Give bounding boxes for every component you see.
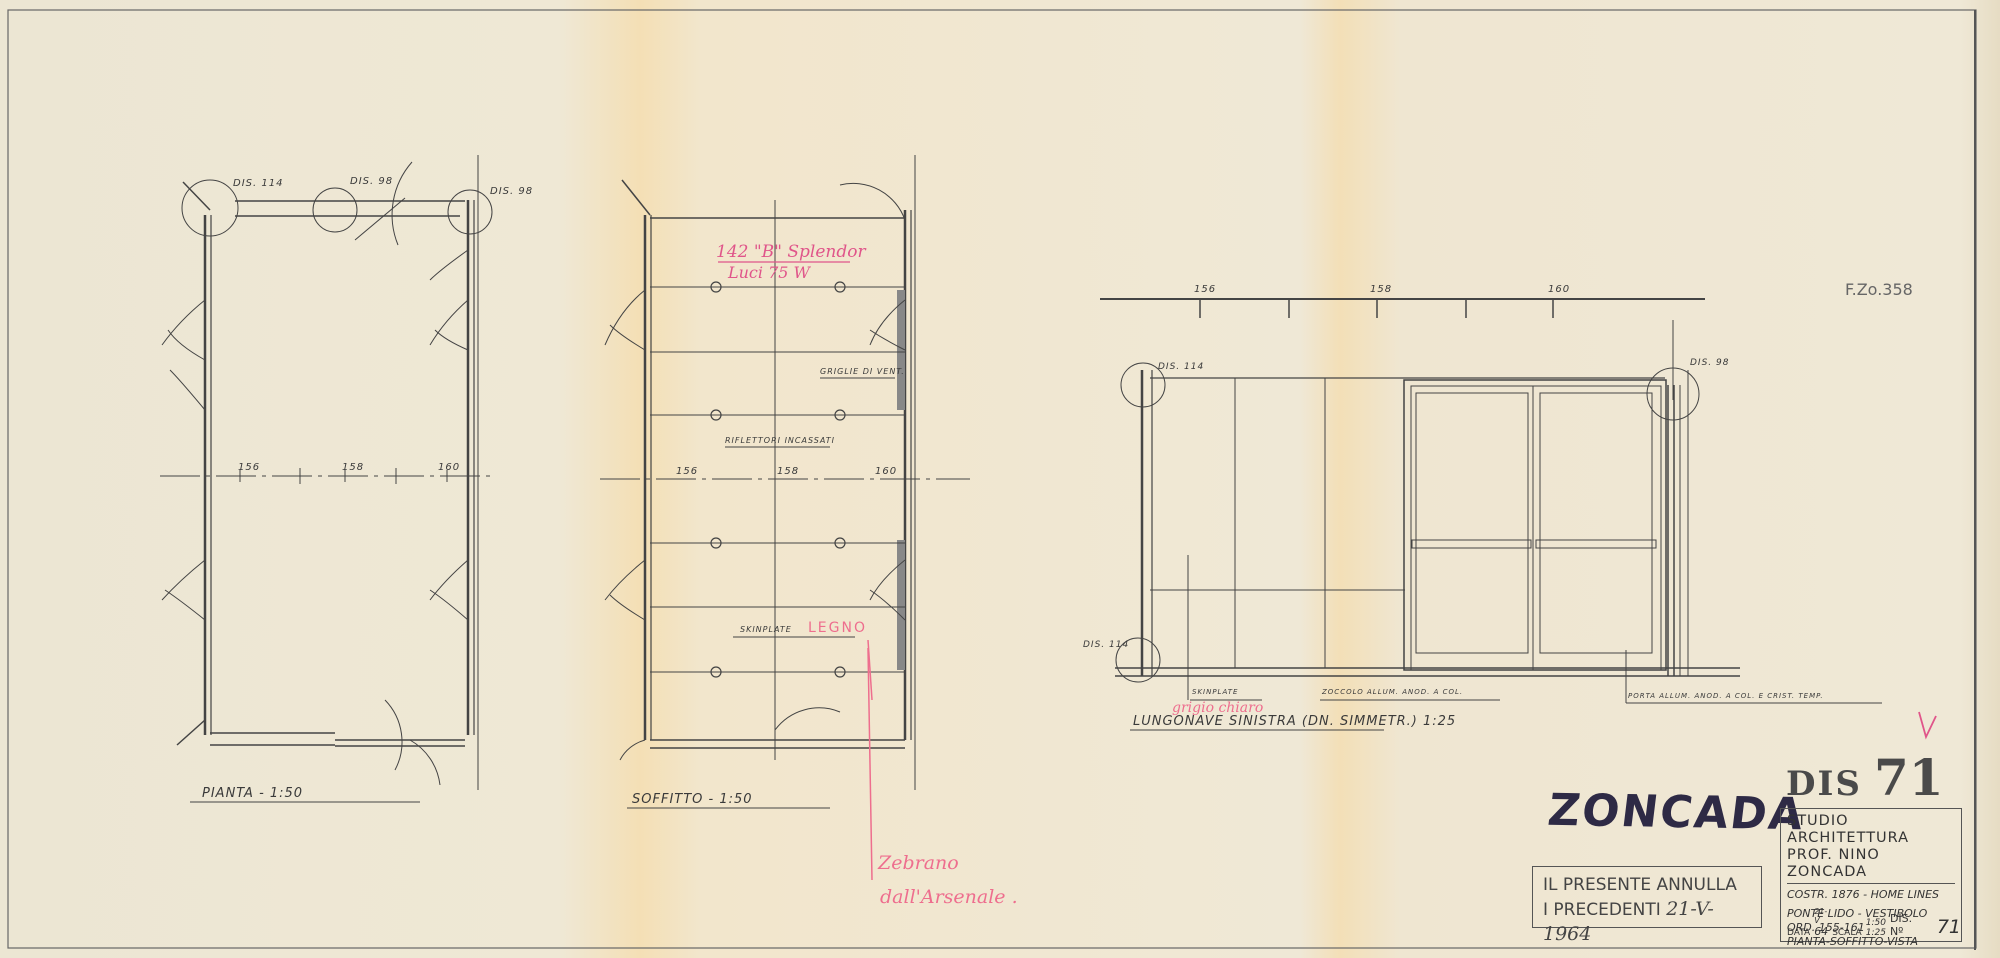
tb-studio-line2: PROF. NINO ZONCADA (1787, 847, 1955, 881)
elev-label-skinplate: SKINPLATE (1192, 688, 1238, 696)
tb-studio-line1: STUDIO ARCHITETTURA (1787, 813, 1955, 847)
dis-prefix: DIS (1786, 764, 1862, 804)
archive-reference: F.Zo.358 (1845, 280, 1913, 299)
plan-grid-156: 156 (238, 462, 260, 473)
ceiling-note-lights-2: Luci 75 W (728, 263, 810, 282)
dis-number: 71 (1874, 748, 1944, 807)
elev-callout-bottom-left: DIS. 114 (1083, 640, 1129, 650)
elev-label-door: PORTA ALLUM. ANOD. A COL. E CRIST. TEMP. (1628, 692, 1824, 700)
elev-grid-158: 158 (1370, 284, 1392, 295)
plan-callout-dis98-right: DIS. 98 (490, 186, 533, 197)
tb-data-top: 21-V (1814, 907, 1828, 925)
elev-callout-top-right: DIS. 98 (1690, 358, 1729, 368)
ceiling-title: SOFFITTO - 1:50 (632, 792, 753, 807)
ceiling-grid-158: 158 (777, 466, 799, 477)
elev-label-plinth: ZOCCOLO ALLUM. ANOD. A COL. (1322, 688, 1463, 696)
ceiling-label-reflectors: RIFLETTORI INCASSATI (725, 436, 835, 445)
plan-callout-dis114: DIS. 114 (233, 178, 283, 189)
elev-callout-top-left: DIS. 114 (1158, 362, 1204, 372)
title-block: STUDIO ARCHITETTURA PROF. NINO ZONCADA C… (1780, 808, 1962, 942)
annulla-line2: I PRECEDENTI (1543, 900, 1661, 920)
plan-title: PIANTA - 1:50 (202, 786, 303, 801)
tb-data-label: DATA (1787, 928, 1810, 938)
annulla-stamp: IL PRESENTE ANNULLA I PRECEDENTI 21-V- 1… (1532, 866, 1762, 928)
brand-stamp: ZONCADA (1545, 785, 1808, 840)
elev-grid-160: 160 (1548, 284, 1570, 295)
drawing-sheet: DIS. 114 DIS. 98 DIS. 98 156 158 160 PIA… (0, 0, 2000, 958)
tb-scala-1: 1:50 (1866, 918, 1886, 928)
ceiling-note-wood: LEGNO (808, 620, 867, 636)
ceiling-grid-160: 160 (875, 466, 897, 477)
tb-scala-2: 1:25 (1866, 928, 1886, 938)
tb-dis-value: 71 (1937, 916, 1961, 938)
drawing-number-stamp: DIS71 (1786, 748, 1944, 807)
plan-grid-158: 158 (342, 462, 364, 473)
annulla-line1: IL PRESENTE ANNULLA (1543, 873, 1751, 897)
ceiling-label-skinplate: SKINPLATE (740, 625, 792, 634)
ceiling-note-zebrano-1: Zebrano (878, 852, 959, 874)
elevation-view (1100, 299, 1882, 730)
elevation-title: LUNGONAVE SINISTRA (DN. SIMMETR.) 1:25 (1133, 714, 1456, 729)
ceiling-note-zebrano-2: dall'Arsenale . (880, 886, 1018, 908)
tb-footer: DATA 21-V 64 SCALA 1:50 1:25 DIS. Nº 71 (1787, 907, 1961, 938)
tb-data-value: 64 (1814, 925, 1828, 938)
ceiling-grid-156: 156 (676, 466, 698, 477)
plan-grid-160: 160 (438, 462, 460, 473)
ceiling-label-grilles: GRIGLIE DI VENT. (820, 367, 905, 376)
plan-callout-dis98-left: DIS. 98 (350, 176, 393, 187)
ceiling-note-lights-1: 142 "B" Splendor (716, 242, 866, 262)
tb-scala-label: SCALA (1832, 928, 1862, 938)
plan-view (160, 155, 492, 802)
tb-dis-label: DIS. Nº (1890, 912, 1919, 938)
elev-grid-156: 156 (1194, 284, 1216, 295)
tb-costr: COSTR. 1876 - HOME LINES (1787, 888, 1955, 902)
